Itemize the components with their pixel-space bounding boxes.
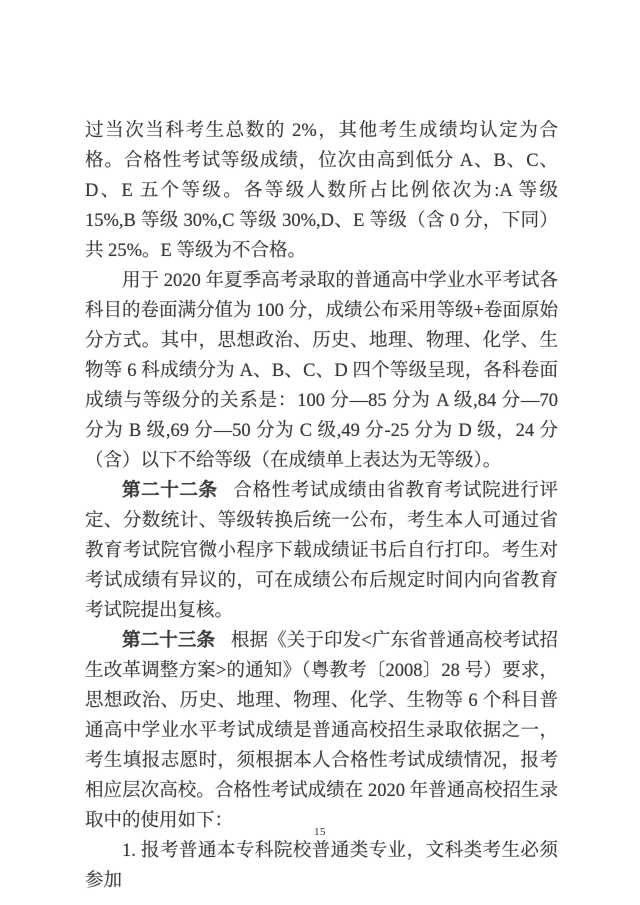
- paragraph-usage-item-1: 1. 报考普通本专科院校普通类专业，文科类考生必须参加: [85, 836, 558, 896]
- article-23-number: 第二十三条: [122, 631, 215, 651]
- paragraph-grade-distribution: 过当次当科考生总数的 2%，其他考生成绩均认定为合格。合格性考试等级成绩，位次由…: [85, 116, 558, 266]
- article-22-text: 合格性考试成绩由省教育考试院进行评定、分数统计、等级转换后统一公布，考生本人可通…: [85, 481, 558, 621]
- paragraph-article-23: 第二十三条根据《关于印发<广东省普通高校考试招生改革调整方案>的通知》（粤教考〔…: [85, 626, 558, 836]
- paragraph-summer-gaokao-scores: 用于 2020 年夏季高考录取的普通高中学业水平考试各科目的卷面满分值为 100…: [85, 266, 558, 476]
- document-page: 过当次当科考生总数的 2%，其他考生成绩均认定为合格。合格性考试等级成绩，位次由…: [0, 0, 640, 905]
- article-22-number: 第二十二条: [122, 481, 218, 501]
- article-23-text: 根据《关于印发<广东省普通高校考试招生改革调整方案>的通知》（粤教考〔2008〕…: [85, 631, 558, 831]
- paragraph-article-22: 第二十二条合格性考试成绩由省教育考试院进行评定、分数统计、等级转换后统一公布，考…: [85, 476, 558, 626]
- document-text-block: 过当次当科考生总数的 2%，其他考生成绩均认定为合格。合格性考试等级成绩，位次由…: [85, 116, 558, 896]
- page-number: 15: [0, 826, 640, 838]
